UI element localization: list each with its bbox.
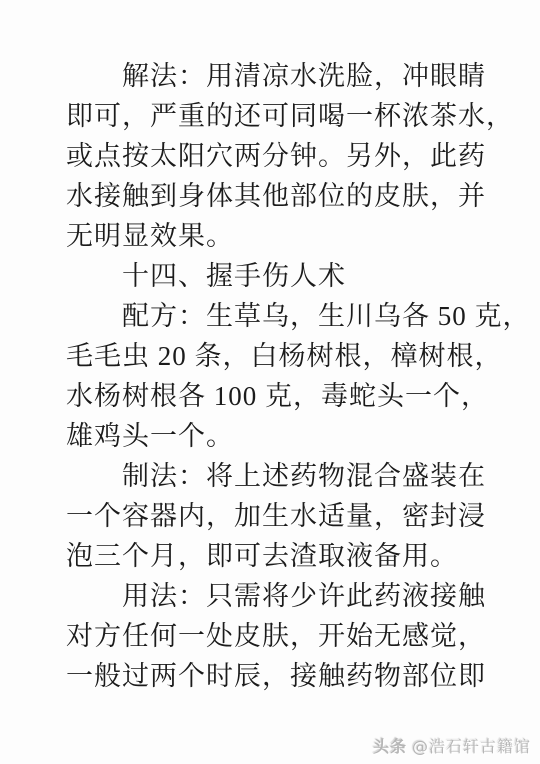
text-line: 用法：只需将少许此药液接触 — [66, 576, 520, 616]
text-line: 配方：生草乌，生川乌各 50 克， — [66, 296, 520, 336]
text-line: 或点按太阳穴两分钟。另外，此药 — [66, 136, 520, 176]
text-line: 无明显效果。 — [66, 216, 520, 256]
watermark: 头条@浩石轩古籍馆 — [373, 734, 531, 757]
text-line: 泡三个月，即可去渣取液备用。 — [66, 536, 520, 576]
document-text: 解法：用清凉水洗脸，冲眼睛 即可，严重的还可同喝一杯浓茶水， 或点按太阳穴两分钟… — [66, 56, 520, 696]
watermark-brand-toutiao: 头条 — [373, 737, 407, 756]
text-line: 即可，严重的还可同喝一杯浓茶水， — [66, 96, 520, 136]
scanned-book-page: 解法：用清凉水洗脸，冲眼睛 即可，严重的还可同喝一杯浓茶水， 或点按太阳穴两分钟… — [0, 0, 540, 764]
text-line: 水杨树根各 100 克，毒蛇头一个， — [66, 376, 520, 416]
text-line: 毛毛虫 20 条，白杨树根，樟树根， — [66, 336, 520, 376]
section-heading: 十四、握手伤人术 — [66, 256, 520, 296]
text-line: 一个容器内，加生水适量，密封浸 — [66, 496, 520, 536]
text-line: 解法：用清凉水洗脸，冲眼睛 — [66, 56, 520, 96]
watermark-account: @浩石轩古籍馆 — [412, 737, 531, 756]
text-line: 一般过两个时辰，接触药物部位即 — [66, 656, 520, 696]
text-line: 雄鸡头一个。 — [66, 416, 520, 456]
text-line: 水接触到身体其他部位的皮肤，并 — [66, 176, 520, 216]
text-line: 对方任何一处皮肤，开始无感觉， — [66, 616, 520, 656]
text-line: 制法：将上述药物混合盛装在 — [66, 456, 520, 496]
